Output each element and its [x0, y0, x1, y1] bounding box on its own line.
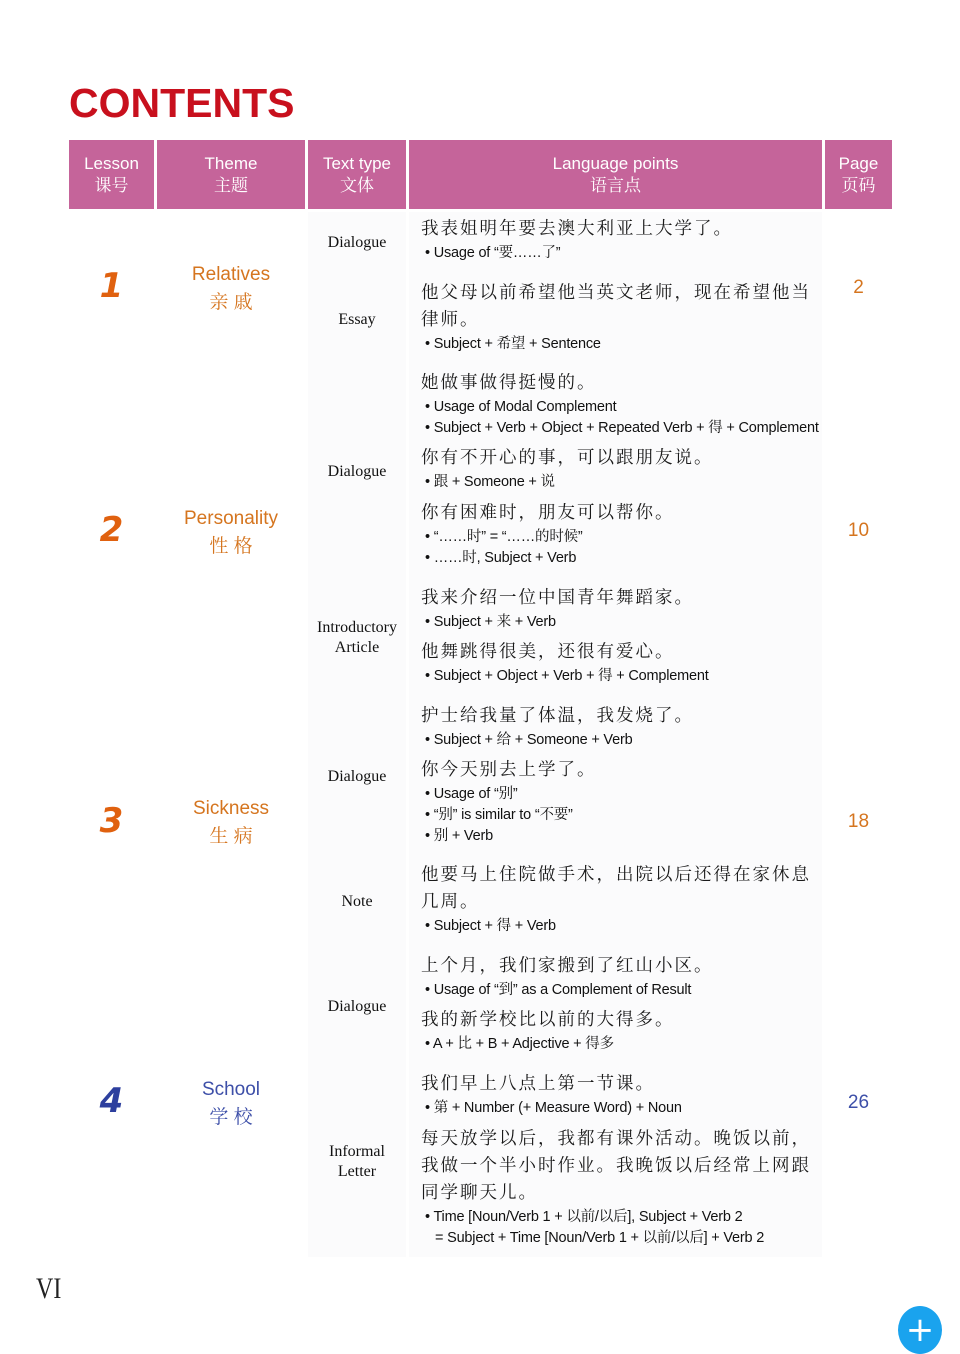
header-lesson-zh: 课号: [95, 175, 129, 197]
page-title: CONTENTS: [69, 80, 295, 127]
theme-zh: 性 格: [157, 533, 305, 561]
header-language-points-en: Language points: [553, 153, 679, 175]
example-sentence: 我表姐明年要去澳大利亚上大学了。: [421, 216, 821, 243]
text-type-line: Introductory: [308, 618, 406, 638]
add-button[interactable]: +: [898, 1306, 942, 1354]
text-type-dialogue: Dialogue: [308, 462, 406, 482]
theme-lesson-1[interactable]: Relatives 亲 戚: [157, 261, 305, 317]
page-number-26[interactable]: 26: [825, 1092, 892, 1114]
page-number-18[interactable]: 18: [825, 811, 892, 833]
example-sentence-cont: 我做一个半小时作业。我晚饭以后经常上网跟: [421, 1153, 821, 1180]
language-point-block: 护士给我量了体温，我发烧了。 • Subject + 给 + Someone +…: [421, 703, 821, 751]
grammar-point: • Subject + Object + Verb + 得 + Compleme…: [421, 666, 821, 687]
header-page-zh: 页码: [842, 175, 876, 197]
example-sentence: 每天放学以后，我都有课外活动。晚饭以前，: [421, 1126, 821, 1153]
language-point-block: 你今天别去上学了。 • Usage of “别” • “别” is simila…: [421, 757, 821, 847]
grammar-point: • Subject + 来 + Verb: [421, 612, 821, 633]
grammar-point: • Subject + 给 + Someone + Verb: [421, 730, 821, 751]
language-point-block: 他要马上住院做手术，出院以后还得在家休息 几周。 • Subject + 得 +…: [421, 862, 821, 937]
grammar-point: • Subject + 得 + Verb: [421, 916, 821, 937]
theme-lesson-2[interactable]: Personality 性 格: [157, 505, 305, 561]
text-type-dialogue: Dialogue: [308, 233, 406, 253]
text-type-note: Note: [308, 892, 406, 912]
header-text-type-en: Text type: [323, 153, 391, 175]
grammar-point: • ……时, Subject + Verb: [421, 548, 821, 569]
language-point-block: 他父母以前希望他当英文老师，现在希望他当 律师。 • Subject + 希望 …: [421, 280, 821, 355]
text-type-column-bg: [308, 212, 406, 1257]
header-lesson: Lesson 课号: [69, 140, 154, 209]
grammar-point: • Usage of “别”: [421, 784, 821, 805]
grammar-point: • Usage of “到” as a Complement of Result: [421, 980, 821, 1001]
grammar-point: • Usage of “要……了”: [421, 243, 821, 264]
theme-en: Relatives: [157, 261, 305, 289]
language-point-block: 他舞跳得很美，还很有爱心。 • Subject + Object + Verb …: [421, 639, 821, 687]
language-point-block: 我的新学校比以前的大得多。 • A + 比 + B + Adjective + …: [421, 1007, 821, 1055]
text-type-essay: Essay: [308, 310, 406, 330]
page-number-1[interactable]: 2: [825, 277, 892, 299]
grammar-point: • 别 + Verb: [421, 826, 821, 847]
language-point-block: 你有困难时，朋友可以帮你。 • “……时” = “……的时候” • ……时, S…: [421, 500, 821, 569]
language-point-block: 我们早上八点上第一节课。 • 第 + Number (+ Measure Wor…: [421, 1071, 821, 1119]
page-number-10[interactable]: 10: [825, 520, 892, 542]
lesson-number-2: 2: [69, 510, 154, 550]
grammar-point: • “别” is similar to “不要”: [421, 805, 821, 826]
example-sentence-cont: 律师。: [421, 307, 821, 334]
grammar-point: • Time [Noun/Verb 1 + 以前/以后], Subject + …: [421, 1207, 821, 1228]
example-sentence-cont: 几周。: [421, 889, 821, 916]
language-point-block: 每天放学以后，我都有课外活动。晚饭以前， 我做一个半小时作业。我晚饭以后经常上网…: [421, 1126, 821, 1249]
example-sentence-cont: 同学聊天儿。: [421, 1180, 821, 1207]
grammar-point: • 第 + Number (+ Measure Word) + Noun: [421, 1098, 821, 1119]
theme-lesson-4[interactable]: School 学 校: [157, 1076, 305, 1132]
text-type-line: Article: [308, 638, 406, 658]
text-type-informal-letter: Informal Letter: [308, 1142, 406, 1182]
text-type-dialogue: Dialogue: [308, 767, 406, 787]
header-page-en: Page: [839, 153, 879, 175]
example-sentence: 他父母以前希望他当英文老师，现在希望他当: [421, 280, 821, 307]
example-sentence: 我来介绍一位中国青年舞蹈家。: [421, 585, 821, 612]
example-sentence: 我的新学校比以前的大得多。: [421, 1007, 821, 1034]
example-sentence: 他舞跳得很美，还很有爱心。: [421, 639, 821, 666]
plus-icon: +: [906, 1313, 935, 1347]
text-type-dialogue: Dialogue: [308, 997, 406, 1017]
lesson-number-1: 1: [69, 266, 154, 306]
header-language-points-zh: 语言点: [590, 175, 641, 197]
theme-en: Sickness: [157, 795, 305, 823]
header-theme-en: Theme: [205, 153, 258, 175]
example-sentence: 她做事做得挺慢的。: [421, 370, 821, 397]
theme-zh: 亲 戚: [157, 289, 305, 317]
grammar-point: • Subject + Verb + Object + Repeated Ver…: [421, 418, 821, 439]
header-theme: Theme 主题: [157, 140, 305, 209]
header-text-type-zh: 文体: [340, 175, 374, 197]
theme-zh: 生 病: [157, 823, 305, 851]
text-type-line: Letter: [308, 1162, 406, 1182]
grammar-point: • “……时” = “……的时候”: [421, 527, 821, 548]
example-sentence: 上个月，我们家搬到了红山小区。: [421, 953, 821, 980]
grammar-point: • A + 比 + B + Adjective + 得多: [421, 1034, 821, 1055]
example-sentence: 他要马上住院做手术，出院以后还得在家休息: [421, 862, 821, 889]
table-header: Lesson 课号 Theme 主题 Text type 文体 Language…: [69, 140, 892, 209]
page-numeral: VI: [36, 1272, 61, 1306]
header-lesson-en: Lesson: [84, 153, 139, 175]
lesson-number-3: 3: [69, 801, 154, 841]
language-point-block: 我来介绍一位中国青年舞蹈家。 • Subject + 来 + Verb: [421, 585, 821, 633]
language-point-block: 上个月，我们家搬到了红山小区。 • Usage of “到” as a Comp…: [421, 953, 821, 1001]
theme-en: School: [157, 1076, 305, 1104]
example-sentence: 我们早上八点上第一节课。: [421, 1071, 821, 1098]
theme-en: Personality: [157, 505, 305, 533]
header-text-type: Text type 文体: [308, 140, 406, 209]
example-sentence: 你有困难时，朋友可以帮你。: [421, 500, 821, 527]
language-point-block: 你有不开心的事，可以跟朋友说。 • 跟 + Someone + 说: [421, 445, 821, 493]
language-point-block: 我表姐明年要去澳大利亚上大学了。 • Usage of “要……了”: [421, 216, 821, 264]
grammar-point: • Subject + 希望 + Sentence: [421, 334, 821, 355]
grammar-point: = Subject + Time [Noun/Verb 1 + 以前/以后] +…: [421, 1228, 821, 1249]
language-point-block: 她做事做得挺慢的。 • Usage of Modal Complement • …: [421, 370, 821, 439]
grammar-point: • 跟 + Someone + 说: [421, 472, 821, 493]
theme-lesson-3[interactable]: Sickness 生 病: [157, 795, 305, 851]
header-page: Page 页码: [825, 140, 892, 209]
lesson-number-4: 4: [69, 1081, 154, 1121]
theme-zh: 学 校: [157, 1104, 305, 1132]
header-theme-zh: 主题: [214, 175, 248, 197]
grammar-point: • Usage of Modal Complement: [421, 397, 821, 418]
example-sentence: 你有不开心的事，可以跟朋友说。: [421, 445, 821, 472]
example-sentence: 你今天别去上学了。: [421, 757, 821, 784]
example-sentence: 护士给我量了体温，我发烧了。: [421, 703, 821, 730]
header-language-points: Language points 语言点: [409, 140, 822, 209]
text-type-line: Informal: [308, 1142, 406, 1162]
text-type-introductory-article: Introductory Article: [308, 618, 406, 658]
